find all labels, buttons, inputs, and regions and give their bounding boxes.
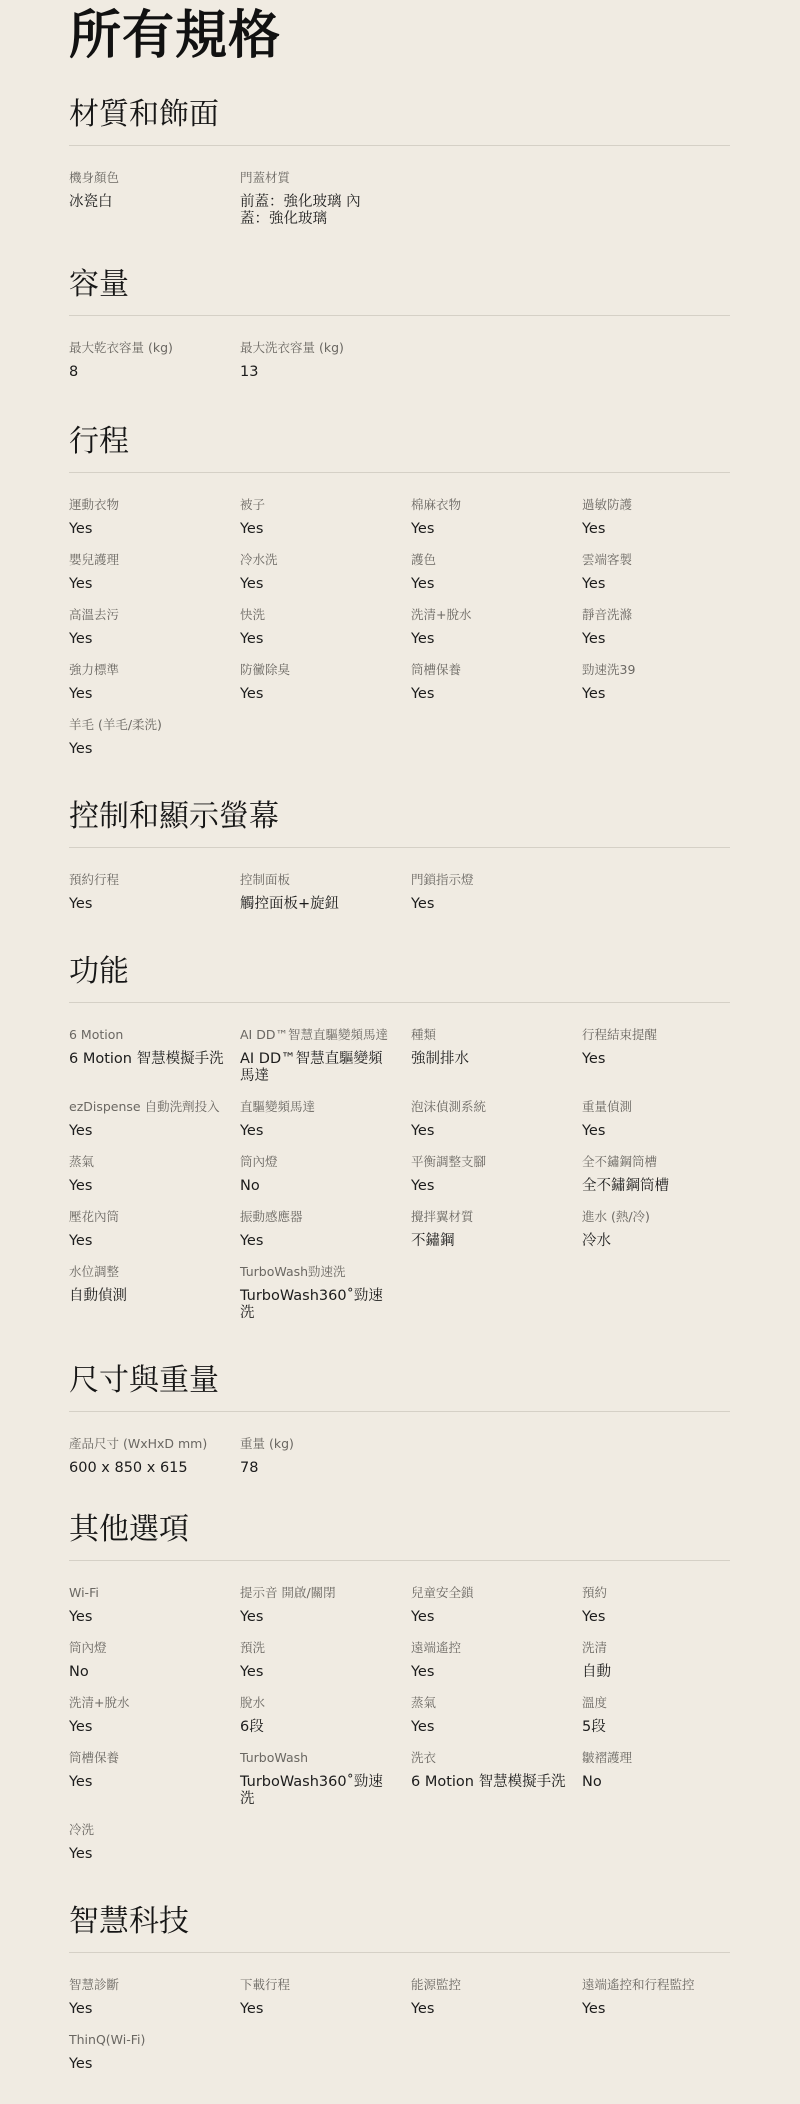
spec-item: 水位調整自動偵測 (69, 1264, 240, 1322)
spec-item: 能源監控Yes (411, 1977, 582, 2018)
spec-value: 13 (240, 364, 397, 381)
section-dimensions: 尺寸與重量 產品尺寸 (WxHxD mm)600 x 850 x 615 重量 … (69, 1366, 730, 1477)
spec-item: 平衡調整支腳Yes (411, 1154, 582, 1195)
section-capacity: 容量 最大乾衣容量 (kg) 8 最大洗衣容量 (kg) 13 (69, 270, 730, 381)
spec-item: 冷洗Yes (69, 1822, 240, 1863)
spec-item: 控制面板觸控面板+旋鈕 (240, 872, 411, 913)
spec-value: 不鏽鋼 (411, 1233, 568, 1250)
spec-item: 門鎖指示燈Yes (411, 872, 582, 913)
spec-item: 門蓋材質 前蓋：強化玻璃 內蓋：強化玻璃 (240, 170, 411, 228)
spec-label: 筒內燈 (69, 1640, 226, 1656)
spec-item: 洗清自動 (582, 1640, 730, 1681)
spec-value: Yes (240, 1233, 397, 1250)
spec-value: Yes (69, 2056, 226, 2073)
spec-value: Yes (69, 1123, 226, 1140)
spec-label: 門鎖指示燈 (411, 872, 568, 888)
spec-value: Yes (69, 576, 226, 593)
spec-value: 自動 (582, 1664, 716, 1681)
spec-label: 洗清+脫水 (411, 607, 568, 623)
spec-value: Yes (69, 1846, 226, 1863)
spec-item: 種類強制排水 (411, 1027, 582, 1085)
spec-label: 嬰兒護理 (69, 552, 226, 568)
spec-label: 預洗 (240, 1640, 397, 1656)
spec-item: 筒槽保養Yes (411, 662, 582, 703)
spec-value: Yes (69, 1609, 226, 1626)
spec-label: 重量 (kg) (240, 1436, 397, 1452)
spec-value: 5段 (582, 1719, 716, 1736)
spec-label: 過敏防護 (582, 497, 716, 513)
spec-label: 羊毛 (羊毛/柔洗) (69, 717, 226, 733)
spec-label: 洗衣 (411, 1750, 568, 1766)
spec-value: Yes (69, 1774, 226, 1791)
spec-value: 6段 (240, 1719, 397, 1736)
spec-item: 脫水6段 (240, 1695, 411, 1736)
spec-value: Yes (582, 1609, 716, 1626)
spec-value: 6 Motion 智慧模擬手洗 (69, 1051, 226, 1068)
spec-value: 600 x 850 x 615 (69, 1460, 226, 1477)
spec-value: 前蓋：強化玻璃 內蓋：強化玻璃 (240, 194, 370, 228)
spec-item: 振動感應器Yes (240, 1209, 411, 1250)
spec-item: 機身顏色 冰瓷白 (69, 170, 240, 228)
spec-grid: 6 Motion6 Motion 智慧模擬手洗 AI DD™智慧直驅變頻馬達AI… (69, 1003, 730, 1322)
spec-value: TurboWash360˚勁速洗 (240, 1774, 397, 1808)
spec-value: Yes (240, 521, 397, 538)
spec-value: Yes (411, 896, 568, 913)
spec-label: 6 Motion (69, 1027, 226, 1043)
spec-label: 勁速洗39 (582, 662, 716, 678)
spec-item: 嬰兒護理Yes (69, 552, 240, 593)
spec-value: Yes (69, 2001, 226, 2018)
spec-label: 機身顏色 (69, 170, 226, 186)
spec-value: 觸控面板+旋鈕 (240, 896, 397, 913)
spec-item: 智慧診斷Yes (69, 1977, 240, 2018)
spec-value: 冰瓷白 (69, 194, 226, 211)
spec-item: 雲端客製Yes (582, 552, 730, 593)
spec-value: Yes (411, 1664, 568, 1681)
section-smart-tech: 智慧科技 智慧診斷Yes 下載行程Yes 能源監控Yes 遠端遙控和行程監控Ye… (69, 1907, 730, 2073)
spec-value: No (69, 1664, 226, 1681)
spec-item: 最大洗衣容量 (kg) 13 (240, 340, 411, 381)
spec-item: 筒內燈No (69, 1640, 240, 1681)
spec-value: Yes (69, 896, 226, 913)
spec-value: AI DD™智慧直驅變頻馬達 (240, 1051, 397, 1085)
spec-value: Yes (582, 2001, 716, 2018)
spec-grid: 運動衣物Yes 被子Yes 棉麻衣物Yes 過敏防護Yes 嬰兒護理Yes 冷水… (69, 473, 730, 758)
spec-value: Yes (411, 2001, 568, 2018)
spec-value: Yes (582, 686, 716, 703)
spec-label: 進水 (熱/冷) (582, 1209, 716, 1225)
spec-value: Yes (582, 521, 716, 538)
spec-value: Yes (69, 1719, 226, 1736)
spec-item: 進水 (熱/冷)冷水 (582, 1209, 730, 1250)
spec-item: 兒童安全鎖Yes (411, 1585, 582, 1626)
section-programs: 行程 運動衣物Yes 被子Yes 棉麻衣物Yes 過敏防護Yes 嬰兒護理Yes… (69, 427, 730, 758)
spec-label: 運動衣物 (69, 497, 226, 513)
spec-grid: 最大乾衣容量 (kg) 8 最大洗衣容量 (kg) 13 (69, 316, 730, 381)
spec-label: 水位調整 (69, 1264, 226, 1280)
spec-item: TurboWashTurboWash360˚勁速洗 (240, 1750, 411, 1808)
spec-value: Yes (582, 576, 716, 593)
spec-label: ThinQ(Wi-Fi) (69, 2032, 226, 2048)
section-materials: 材質和飾面 機身顏色 冰瓷白 門蓋材質 前蓋：強化玻璃 內蓋：強化玻璃 (69, 100, 730, 228)
spec-value: 6 Motion 智慧模擬手洗 (411, 1774, 568, 1791)
spec-label: 靜音洗滌 (582, 607, 716, 623)
spec-value: 8 (69, 364, 226, 381)
spec-label: 防黴除臭 (240, 662, 397, 678)
spec-item: 蒸氣Yes (411, 1695, 582, 1736)
spec-item: 提示音 開啟/關閉Yes (240, 1585, 411, 1626)
spec-grid: 智慧診斷Yes 下載行程Yes 能源監控Yes 遠端遙控和行程監控Yes Thi… (69, 1953, 730, 2073)
spec-item: 預洗Yes (240, 1640, 411, 1681)
spec-label: 控制面板 (240, 872, 397, 888)
spec-item: 皺褶護理No (582, 1750, 730, 1808)
spec-item: 勁速洗39Yes (582, 662, 730, 703)
spec-value: Yes (582, 1123, 716, 1140)
spec-value: Yes (69, 1233, 226, 1250)
spec-label: 振動感應器 (240, 1209, 397, 1225)
spec-label: 筒槽保養 (69, 1750, 226, 1766)
spec-label: ezDispense 自動洗劑投入 (69, 1099, 226, 1115)
spec-label: 遠端遙控 (411, 1640, 568, 1656)
spec-value: No (240, 1178, 397, 1195)
spec-value: Yes (69, 741, 226, 758)
spec-label: 蒸氣 (69, 1154, 226, 1170)
spec-label: AI DD™智慧直驅變頻馬達 (240, 1027, 397, 1043)
section-controls: 控制和顯示螢幕 預約行程Yes 控制面板觸控面板+旋鈕 門鎖指示燈Yes (69, 802, 730, 913)
spec-label: Wi-Fi (69, 1585, 226, 1601)
section-title: 材質和飾面 (69, 100, 730, 146)
spec-item: 6 Motion6 Motion 智慧模擬手洗 (69, 1027, 240, 1085)
spec-value: Yes (411, 1609, 568, 1626)
spec-label: 能源監控 (411, 1977, 568, 1993)
spec-value: Yes (240, 1664, 397, 1681)
spec-label: 門蓋材質 (240, 170, 397, 186)
spec-grid: 產品尺寸 (WxHxD mm)600 x 850 x 615 重量 (kg)78 (69, 1412, 730, 1477)
spec-value: 強制排水 (411, 1051, 568, 1068)
spec-value: 自動偵測 (69, 1288, 226, 1305)
spec-value: Yes (69, 521, 226, 538)
spec-item: 羊毛 (羊毛/柔洗)Yes (69, 717, 240, 758)
spec-label: 洗清 (582, 1640, 716, 1656)
spec-item: 最大乾衣容量 (kg) 8 (69, 340, 240, 381)
spec-item: 冷水洗Yes (240, 552, 411, 593)
spec-item: 被子Yes (240, 497, 411, 538)
specs-page: 所有規格 材質和飾面 機身顏色 冰瓷白 門蓋材質 前蓋：強化玻璃 內蓋：強化玻璃… (0, 0, 800, 2073)
spec-label: 產品尺寸 (WxHxD mm) (69, 1436, 226, 1452)
spec-item: 泡沫偵測系統Yes (411, 1099, 582, 1140)
spec-item: 攪拌翼材質不鏽鋼 (411, 1209, 582, 1250)
spec-item: 遠端遙控Yes (411, 1640, 582, 1681)
spec-item: 溫度5段 (582, 1695, 730, 1736)
section-other-options: 其他選項 Wi-FiYes 提示音 開啟/關閉Yes 兒童安全鎖Yes 預約Ye… (69, 1515, 730, 1863)
spec-value: Yes (240, 631, 397, 648)
spec-item: AI DD™智慧直驅變頻馬達AI DD™智慧直驅變頻馬達 (240, 1027, 411, 1085)
spec-label: 最大洗衣容量 (kg) (240, 340, 397, 356)
spec-label: 皺褶護理 (582, 1750, 716, 1766)
spec-label: 泡沫偵測系統 (411, 1099, 568, 1115)
spec-value: TurboWash360˚勁速洗 (240, 1288, 397, 1322)
spec-value: Yes (411, 521, 568, 538)
spec-item: ezDispense 自動洗劑投入Yes (69, 1099, 240, 1140)
spec-value: Yes (240, 686, 397, 703)
spec-item: 筒內燈No (240, 1154, 411, 1195)
spec-label: 溫度 (582, 1695, 716, 1711)
spec-value: No (582, 1774, 716, 1791)
spec-label: TurboWash (240, 1750, 397, 1766)
spec-label: 護色 (411, 552, 568, 568)
spec-item: 強力標準Yes (69, 662, 240, 703)
spec-item: 快洗Yes (240, 607, 411, 648)
spec-value: 冷水 (582, 1233, 716, 1250)
spec-label: 快洗 (240, 607, 397, 623)
spec-item: 預約Yes (582, 1585, 730, 1626)
spec-value: Yes (411, 576, 568, 593)
spec-value: Yes (69, 1178, 226, 1195)
spec-value: Yes (240, 2001, 397, 2018)
spec-value: Yes (240, 576, 397, 593)
section-title: 行程 (69, 427, 730, 473)
spec-value: Yes (411, 1123, 568, 1140)
spec-label: 筒內燈 (240, 1154, 397, 1170)
spec-label: 預約行程 (69, 872, 226, 888)
section-title: 功能 (69, 957, 730, 1003)
spec-label: 雲端客製 (582, 552, 716, 568)
spec-grid: 預約行程Yes 控制面板觸控面板+旋鈕 門鎖指示燈Yes (69, 848, 730, 913)
spec-label: 智慧診斷 (69, 1977, 226, 1993)
spec-item: 洗清+脫水Yes (69, 1695, 240, 1736)
spec-item: 蒸氣Yes (69, 1154, 240, 1195)
spec-grid: 機身顏色 冰瓷白 門蓋材質 前蓋：強化玻璃 內蓋：強化玻璃 (69, 146, 730, 228)
spec-value: Yes (69, 686, 226, 703)
spec-item: 棉麻衣物Yes (411, 497, 582, 538)
spec-item: 全不鏽鋼筒槽全不鏽鋼筒槽 (582, 1154, 730, 1195)
spec-label: 最大乾衣容量 (kg) (69, 340, 226, 356)
spec-label: 被子 (240, 497, 397, 513)
spec-label: 強力標準 (69, 662, 226, 678)
spec-label: 預約 (582, 1585, 716, 1601)
spec-value: Yes (240, 1123, 397, 1140)
spec-label: 平衡調整支腳 (411, 1154, 568, 1170)
spec-label: 棉麻衣物 (411, 497, 568, 513)
section-title: 尺寸與重量 (69, 1366, 730, 1412)
spec-item: 預約行程Yes (69, 872, 240, 913)
spec-value: Yes (69, 631, 226, 648)
spec-item: 重量偵測Yes (582, 1099, 730, 1140)
spec-item: 護色Yes (411, 552, 582, 593)
spec-value: Yes (411, 686, 568, 703)
spec-item: Wi-FiYes (69, 1585, 240, 1626)
spec-value: Yes (411, 631, 568, 648)
spec-item: 直驅變頻馬達Yes (240, 1099, 411, 1140)
spec-item: 產品尺寸 (WxHxD mm)600 x 850 x 615 (69, 1436, 240, 1477)
spec-item: 下載行程Yes (240, 1977, 411, 2018)
spec-item: 防黴除臭Yes (240, 662, 411, 703)
spec-label: 脫水 (240, 1695, 397, 1711)
section-title: 智慧科技 (69, 1907, 730, 1953)
page-title: 所有規格 (69, 0, 730, 70)
spec-label: 冷水洗 (240, 552, 397, 568)
spec-item: 重量 (kg)78 (240, 1436, 411, 1477)
spec-label: 直驅變頻馬達 (240, 1099, 397, 1115)
spec-label: 重量偵測 (582, 1099, 716, 1115)
spec-grid: Wi-FiYes 提示音 開啟/關閉Yes 兒童安全鎖Yes 預約Yes 筒內燈… (69, 1561, 730, 1863)
spec-item: ThinQ(Wi-Fi)Yes (69, 2032, 240, 2073)
spec-item: 洗清+脫水Yes (411, 607, 582, 648)
section-title: 容量 (69, 270, 730, 316)
spec-value: 全不鏽鋼筒槽 (582, 1178, 716, 1195)
spec-value: 78 (240, 1460, 397, 1477)
spec-item: 壓花內筒Yes (69, 1209, 240, 1250)
spec-value: Yes (582, 1051, 716, 1068)
section-title: 其他選項 (69, 1515, 730, 1561)
spec-item: 筒槽保養Yes (69, 1750, 240, 1808)
spec-label: 筒槽保養 (411, 662, 568, 678)
spec-label: 洗清+脫水 (69, 1695, 226, 1711)
spec-label: 種類 (411, 1027, 568, 1043)
spec-label: 提示音 開啟/關閉 (240, 1585, 397, 1601)
spec-item: 洗衣6 Motion 智慧模擬手洗 (411, 1750, 582, 1808)
section-title: 控制和顯示螢幕 (69, 802, 730, 848)
spec-item: 靜音洗滌Yes (582, 607, 730, 648)
spec-label: 下載行程 (240, 1977, 397, 1993)
spec-item: 遠端遙控和行程監控Yes (582, 1977, 730, 2018)
section-features: 功能 6 Motion6 Motion 智慧模擬手洗 AI DD™智慧直驅變頻馬… (69, 957, 730, 1322)
spec-label: 全不鏽鋼筒槽 (582, 1154, 716, 1170)
spec-item: 過敏防護Yes (582, 497, 730, 538)
spec-label: 蒸氣 (411, 1695, 568, 1711)
spec-item: TurboWash勁速洗TurboWash360˚勁速洗 (240, 1264, 411, 1322)
spec-label: 兒童安全鎖 (411, 1585, 568, 1601)
spec-item: 行程結束提醒Yes (582, 1027, 730, 1085)
spec-label: TurboWash勁速洗 (240, 1264, 397, 1280)
spec-label: 壓花內筒 (69, 1209, 226, 1225)
spec-value: Yes (582, 631, 716, 648)
spec-label: 行程結束提醒 (582, 1027, 716, 1043)
spec-label: 攪拌翼材質 (411, 1209, 568, 1225)
spec-value: Yes (240, 1609, 397, 1626)
spec-item: 運動衣物Yes (69, 497, 240, 538)
spec-label: 高溫去污 (69, 607, 226, 623)
spec-value: Yes (411, 1719, 568, 1736)
spec-item: 高溫去污Yes (69, 607, 240, 648)
spec-label: 遠端遙控和行程監控 (582, 1977, 716, 1993)
spec-value: Yes (411, 1178, 568, 1195)
spec-label: 冷洗 (69, 1822, 226, 1838)
